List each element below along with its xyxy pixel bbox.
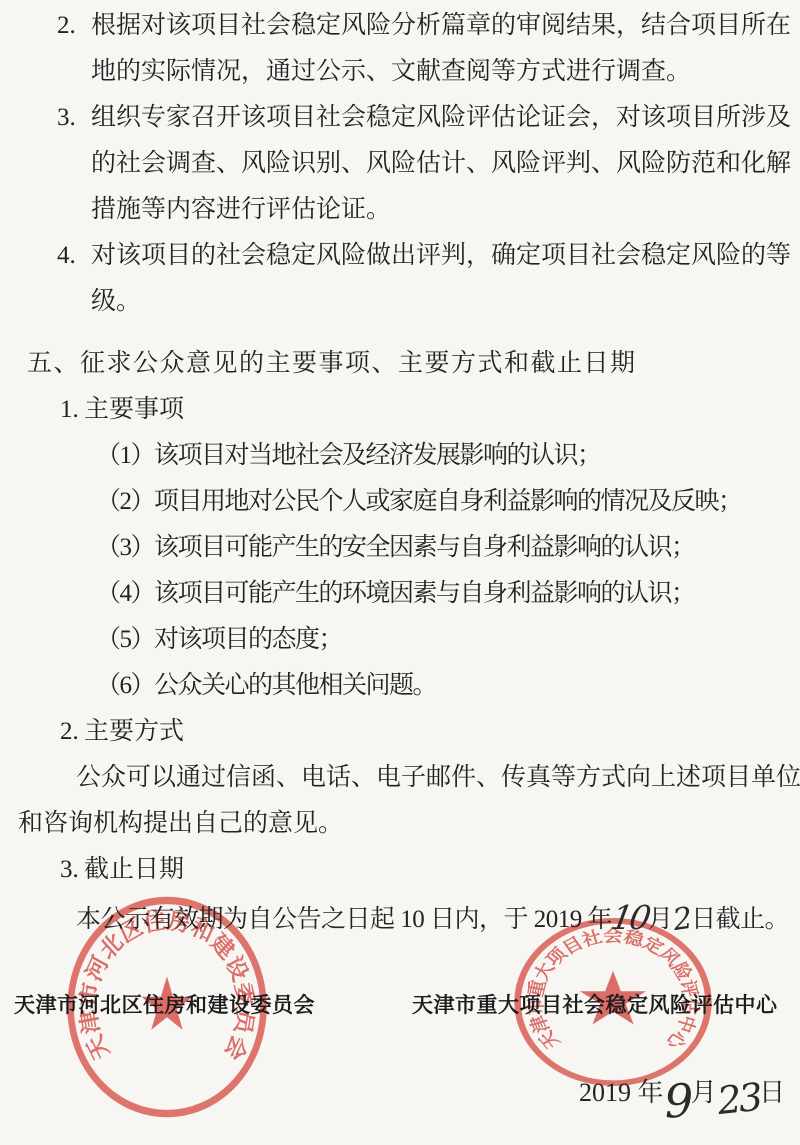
date-year: 2019 年 bbox=[579, 1078, 664, 1107]
opinion-item: （2）项目用地对公民个人或家庭自身利益影响的情况及反映； bbox=[0, 479, 800, 525]
handwritten-day: 2 bbox=[670, 896, 695, 944]
opinion-item: （4）该项目可能产生的环境因素与自身利益影响的认识； bbox=[0, 571, 800, 617]
handwritten-month: 10 bbox=[608, 895, 652, 941]
opinion-item: （1）该项目对当地社会及经济发展影响的认识； bbox=[0, 433, 800, 479]
section-heading: 五、征求公众意见的主要事项、主要方式和截止日期 bbox=[0, 341, 800, 387]
handwritten-date-month: 9 bbox=[662, 1073, 692, 1128]
list-item: 3. 组织专家召开该项目社会稳定风险评估论证会，对该项目所涉及 的社会调查、风险… bbox=[0, 95, 800, 233]
subsection-title-text: 主要方式 bbox=[84, 709, 800, 755]
date-month-unit: 月 bbox=[691, 1078, 717, 1107]
subsection-title-text: 主要事项 bbox=[84, 387, 800, 433]
left-organization-name: 天津市河北区住房和建设委员会 bbox=[14, 989, 315, 1019]
right-organization-name: 天津市重大项目社会稳定风险评估中心 bbox=[412, 989, 778, 1019]
signature-date: 2019 年9月23日 bbox=[579, 1068, 785, 1122]
opinion-item: （5）对该项目的态度； bbox=[0, 617, 800, 663]
notice-body: 2. 根据对该项目社会稳定风险分析篇章的审阅结果，结合项目所在 地的实际情况，通… bbox=[0, 0, 800, 939]
opinion-item: （6）公众关心的其他相关问题。 bbox=[0, 663, 800, 709]
handwritten-date-day: 23 bbox=[715, 1075, 762, 1123]
deadline-prefix: 本公示有效期为自公告之日起 10 日内，于 2019 年 bbox=[76, 906, 612, 933]
text-line: 的社会调查、风险识别、风险估计、风险评判、风险防范和化解 bbox=[91, 141, 800, 187]
list-item-number: 4. bbox=[57, 233, 76, 279]
list-item: 2. 根据对该项目社会稳定风险分析篇章的审阅结果，结合项目所在 地的实际情况，通… bbox=[0, 3, 800, 95]
deadline-suffix: 日截止。 bbox=[691, 906, 789, 933]
subsection-number: 1. bbox=[60, 387, 79, 433]
subsection-number: 2. bbox=[60, 709, 79, 755]
deadline-month-unit: 月 bbox=[648, 906, 673, 933]
paragraph-line: 和咨询机构提出自己的意见。 bbox=[0, 801, 800, 847]
text-line: 组织专家召开该项目社会稳定风险评估论证会，对该项目所涉及 bbox=[91, 95, 800, 141]
text-line: 对该项目的社会稳定风险做出评判，确定项目社会稳定风险的等 bbox=[91, 233, 800, 279]
paragraph-line: 公众可以通过信函、电话、电子邮件、传真等方式向上述项目单位 bbox=[0, 755, 800, 801]
text-line: 根据对该项目社会稳定风险分析篇章的审阅结果，结合项目所在 bbox=[91, 3, 800, 49]
list-item: 4. 对该项目的社会稳定风险做出评判，确定项目社会稳定风险的等 级。 bbox=[0, 233, 800, 325]
date-day-unit: 日 bbox=[759, 1078, 785, 1107]
opinion-item: （3）该项目可能产生的安全因素与自身利益影响的认识； bbox=[0, 525, 800, 571]
subsection-title: 1. 主要事项 bbox=[0, 387, 800, 433]
subsection-title: 3. 截止日期 bbox=[0, 847, 800, 893]
list-item-number: 3. bbox=[57, 95, 76, 141]
text-line: 地的实际情况，通过公示、文献查阅等方式进行调查。 bbox=[91, 49, 800, 95]
subsection-number: 3. bbox=[60, 847, 79, 893]
text-line: 级。 bbox=[91, 279, 800, 325]
scanned-notice-page: 2. 根据对该项目社会稳定风险分析篇章的审阅结果，结合项目所在 地的实际情况，通… bbox=[0, 0, 800, 1145]
list-item-number: 2. bbox=[57, 3, 76, 49]
subsection-title: 2. 主要方式 bbox=[0, 709, 800, 755]
subsection-title-text: 截止日期 bbox=[84, 847, 800, 893]
deadline-line: 本公示有效期为自公告之日起 10 日内，于 2019 年10月2日截止。 bbox=[0, 893, 800, 939]
text-line: 措施等内容进行评估论证。 bbox=[91, 187, 800, 233]
